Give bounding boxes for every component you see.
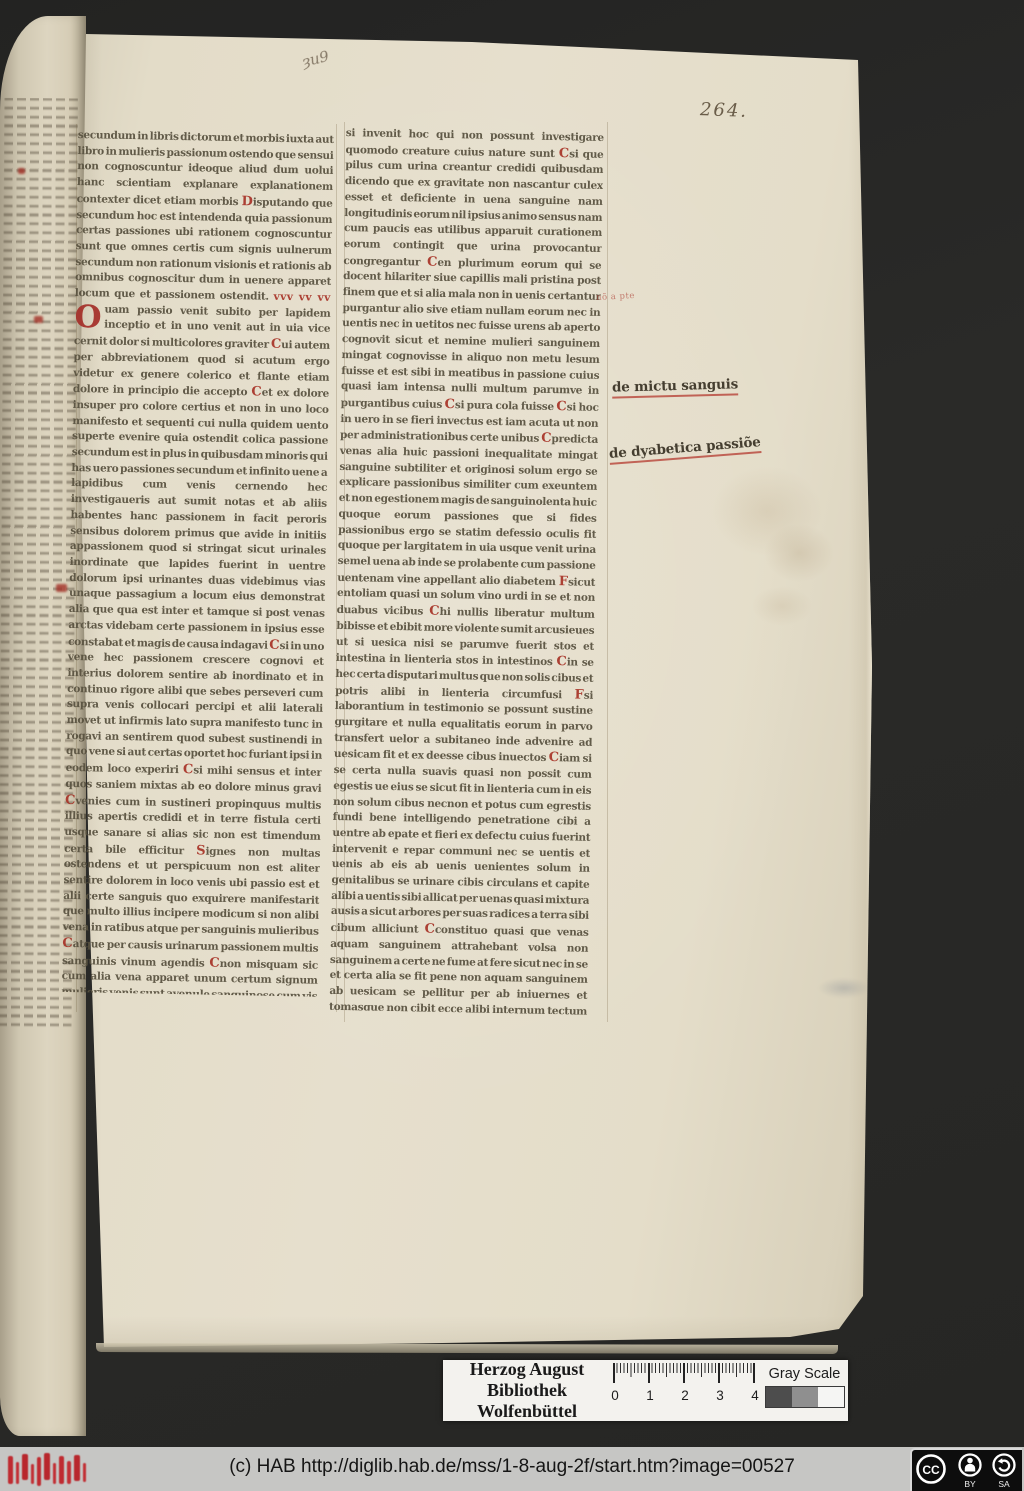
underlying-pages-edge <box>96 1343 838 1354</box>
ruler-number: 4 <box>747 1388 763 1403</box>
manuscript-text: si in uno vene hec passionem crescere co… <box>66 639 325 776</box>
gray-scale-label: Gray Scale <box>761 1366 848 1382</box>
text-column-2: si invenit hoc qui non possunt investiga… <box>329 126 604 1015</box>
library-name-line2: Wolfenbüttel <box>443 1401 611 1422</box>
ruler-cm-tick <box>613 1363 615 1383</box>
copyright-url-text: (c) HAB http://diglib.hab.de/mss/1-8-aug… <box>229 1456 795 1478</box>
rubric-text: vvv vv vv <box>273 291 330 304</box>
rubric-text: C <box>251 385 262 400</box>
sa-share-alike-icon: SA <box>994 1455 1015 1490</box>
manuscript-text: si que pilus cum urina creantur credidi … <box>343 148 603 268</box>
ruler-number: 2 <box>677 1388 693 1403</box>
manuscript-text: isputando que secundum hoc est intendend… <box>75 196 333 303</box>
manuscript-text: en plurimum eorum qui se docent hilarite… <box>341 256 602 410</box>
rubric-text: D <box>241 194 253 209</box>
by-person-icon: BY <box>960 1455 981 1490</box>
cm-ruler: 0 1 2 3 4 <box>611 1362 761 1421</box>
manuscript-text: predicta venas alia huic passioni inequa… <box>337 433 598 587</box>
ruler-number: 0 <box>607 1388 623 1403</box>
rubric-text: C <box>559 146 570 161</box>
ruling-line <box>607 122 608 1022</box>
marginal-note-de-mictu-sanguis: de mictu sanguis <box>612 376 739 398</box>
ruler-cm-tick <box>683 1363 685 1383</box>
rubric-text: C <box>429 604 440 619</box>
rubric-text: C <box>209 955 220 970</box>
rubric-text: C <box>549 750 560 765</box>
manuscript-text: constituo quasi que venas aquam sanguine… <box>329 924 589 1015</box>
ruler-cm-tick <box>753 1363 755 1383</box>
rubric-speck <box>56 584 67 592</box>
rubric-text: C <box>427 254 438 269</box>
manuscript-text: iam si se certa nulla suavis quasi non p… <box>330 753 592 936</box>
folio-number: 264. <box>700 99 749 122</box>
rubric-text: F <box>559 574 569 589</box>
rubric-text: C <box>556 399 567 414</box>
color-calibration-marks <box>6 1450 106 1488</box>
rubric-text: F <box>574 687 584 702</box>
rubric-text: C <box>444 397 455 412</box>
manuscript-text: et ex dolore insuper pro colore certius … <box>68 387 329 651</box>
manuscript-text: si pura cola fuisse <box>455 399 557 413</box>
ruler-cm-tick <box>718 1363 720 1383</box>
gray-swatch-dark <box>766 1387 792 1407</box>
cc-by-sa-icons: CC BY SA <box>912 1450 1020 1489</box>
gray-swatch-light <box>818 1387 844 1407</box>
gray-scale-swatches <box>765 1386 845 1408</box>
library-name: Herzog August Bibliothek Wolfenbüttel <box>443 1360 611 1421</box>
cc-logo-icon: CC <box>918 1456 945 1483</box>
gray-swatch-mid <box>792 1387 818 1407</box>
ruler-cm-tick <box>648 1363 650 1383</box>
cc-by-sa-badge: CC BY SA <box>910 1448 1022 1491</box>
library-label-plate: Herzog August Bibliothek Wolfenbüttel 0 … <box>443 1360 848 1421</box>
svg-text:SA: SA <box>998 1479 1010 1489</box>
ruler-number: 3 <box>712 1388 728 1403</box>
svg-text:BY: BY <box>964 1479 976 1489</box>
svg-text:CC: CC <box>922 1463 940 1477</box>
rubric-text: O <box>74 303 102 332</box>
text-column-1: secundum in libris dictorum et morbis iu… <box>61 128 334 997</box>
gray-scale-patch: Gray Scale <box>761 1360 848 1421</box>
library-name-line1: Herzog August Bibliothek <box>443 1359 611 1401</box>
page-edge-highlight <box>866 56 876 1296</box>
ruler-number: 1 <box>642 1388 658 1403</box>
rubric-text: C <box>183 762 194 777</box>
rubric-text: C <box>424 922 435 937</box>
faint-marginal-note: nõ a pte <box>596 291 635 303</box>
rubric-speck <box>18 168 25 174</box>
digitization-footer-bar: (c) HAB http://diglib.hab.de/mss/1-8-aug… <box>0 1447 1024 1491</box>
rubric-speck <box>34 316 43 323</box>
rubric-text: C <box>556 654 567 669</box>
manuscript-text: ignes non multas ostendens et ut perspic… <box>63 845 321 938</box>
